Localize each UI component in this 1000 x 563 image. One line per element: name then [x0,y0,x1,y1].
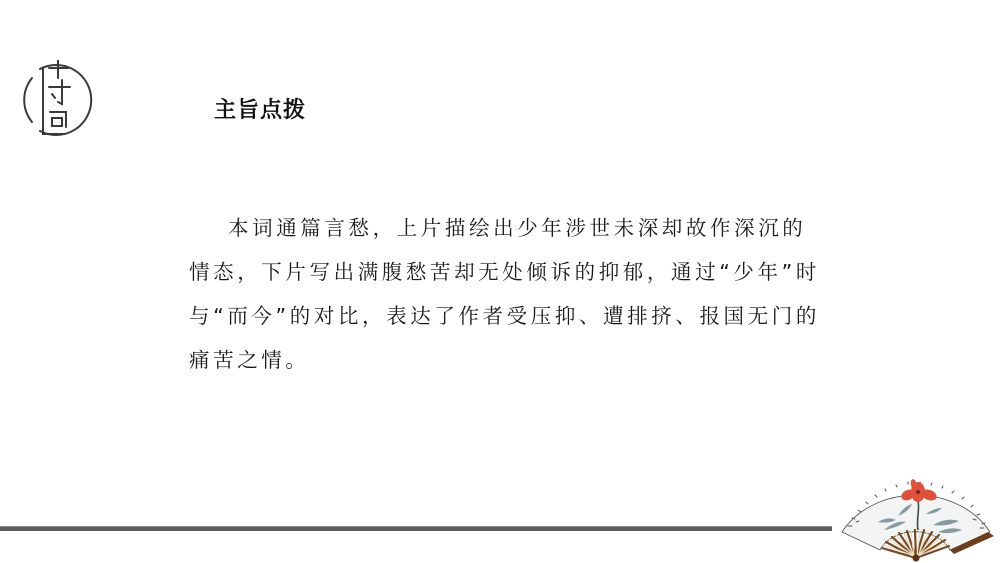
poetry-seal-logo-icon [18,60,98,140]
paragraph-line: 与“而今”的对比，表达了作者受压抑、遭排挤、报国无门的 [189,294,809,338]
paragraph-line: 痛苦之情。 [189,338,809,382]
bottom-divider [0,526,832,531]
summary-paragraph: 本词通篇言愁，上片描绘出少年涉世未深却故作深沉的 情态，下片写出满腹愁苦却无处倾… [189,206,809,382]
paragraph-line: 情态，下片写出满腹愁苦却无处倾诉的抑郁，通过“少年”时 [189,250,809,294]
paragraph-line: 本词通篇言愁，上片描绘出少年涉世未深却故作深沉的 [189,206,809,250]
page-title: 主旨点拨 [214,96,306,126]
folding-fan-icon [838,470,998,563]
